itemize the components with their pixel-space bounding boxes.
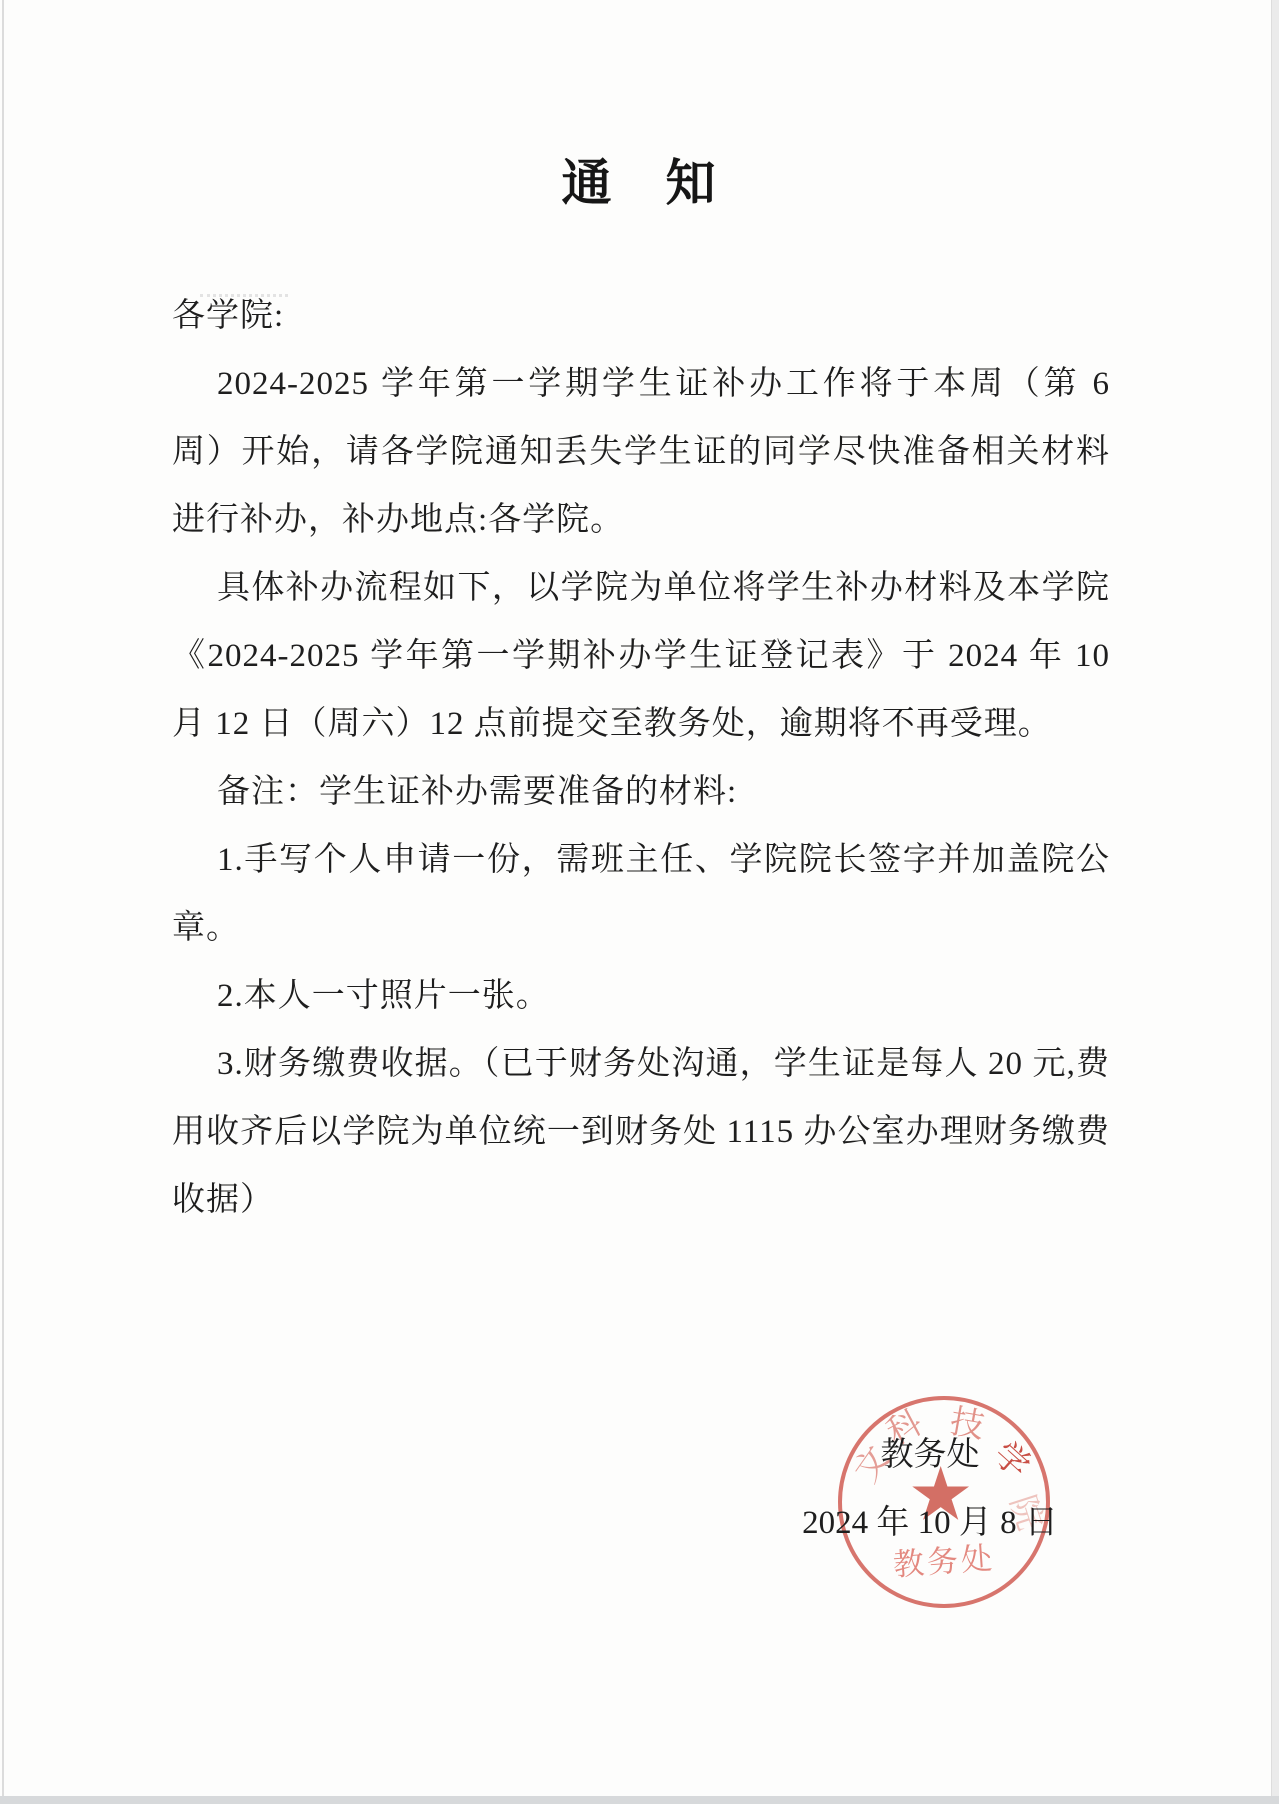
document-title: 通 知 xyxy=(0,150,1279,216)
signature-date: 2024 年 10 月 8 日 xyxy=(730,1489,1130,1557)
signature-block: 教务处 2024 年 10 月 8 日 xyxy=(730,1421,1130,1557)
paragraph: 2.本人一寸照片一张。 xyxy=(172,962,1110,1030)
scanned-notice-page: 通 知 各学院: 2024-2025 学年第一学期学生证补办工作将于本周（第 6… xyxy=(0,0,1279,1804)
scan-edge-left xyxy=(2,0,4,1804)
paragraph: 1.手写个人申请一份，需班主任、学院院长签字并加盖院公章。 xyxy=(172,826,1110,962)
salutation: 各学院: xyxy=(172,282,1110,350)
paragraph: 具体补办流程如下，以学院为单位将学生补办材料及本学院《2024-2025 学年第… xyxy=(172,554,1110,758)
paragraph: 2024-2025 学年第一学期学生证补办工作将于本周（第 6 周）开始，请各学… xyxy=(172,350,1110,554)
scan-edge-bottom xyxy=(0,1796,1279,1804)
paragraph: 3.财务缴费收据。（已于财务处沟通，学生证是每人 20 元,费用收齐后以学院为单… xyxy=(172,1030,1110,1234)
paragraph: 备注：学生证补办需要准备的材料: xyxy=(172,758,1110,826)
signature-org: 教务处 xyxy=(730,1421,1130,1489)
document-body: 各学院: 2024-2025 学年第一学期学生证补办工作将于本周（第 6 周）开… xyxy=(172,282,1110,1234)
scan-edge-right xyxy=(1271,0,1279,1804)
